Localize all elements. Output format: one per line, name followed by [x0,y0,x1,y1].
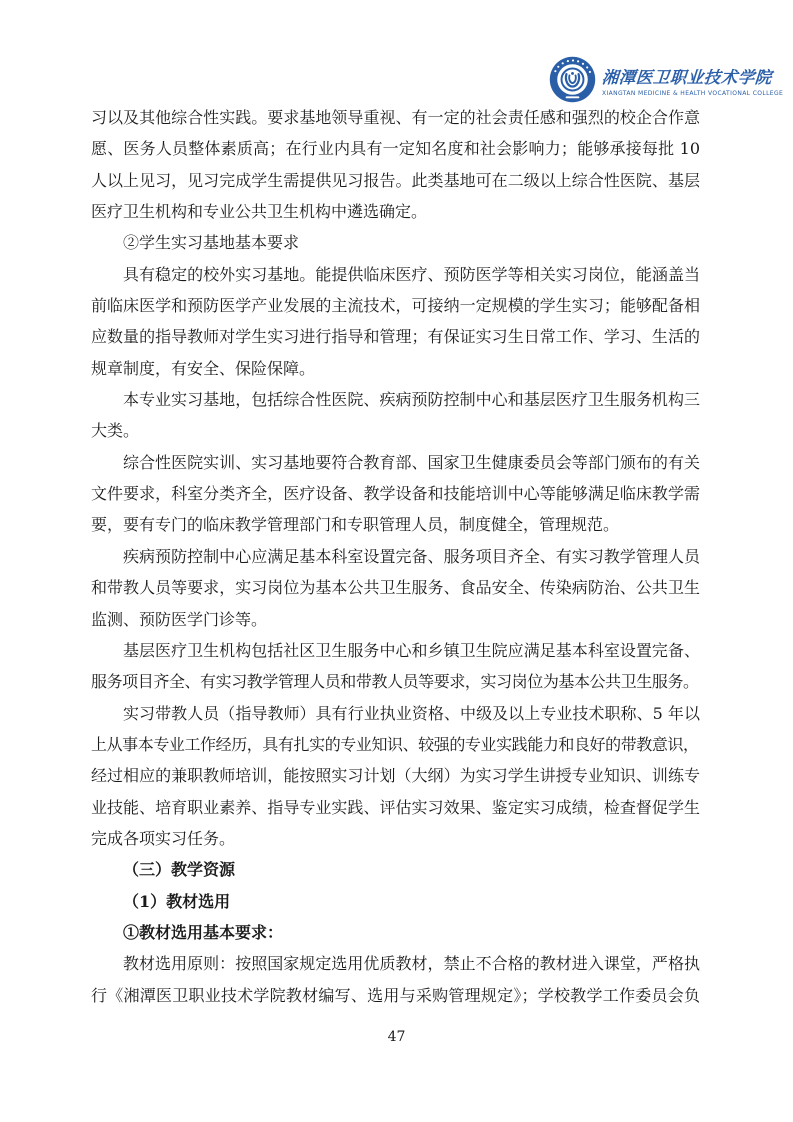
text-line: 大类。 [91,415,700,446]
heading-line: （三）教学资源 [91,854,700,885]
text-line: 实习带教人员（指导教师）具有行业执业资格、中级及以上专业技术职称、5 年以 [91,698,700,729]
text-line: 业技能、培育职业素养、指导专业实践、评估实习效果、鉴定实习成绩，检查督促学生 [91,792,700,823]
text-line: 愿、医务人员整体素质高；在行业内具有一定知名度和社会影响力；能够承接每批 10 [91,133,700,164]
text-line: 经过相应的兼职教师培训，能按照实习计划（大纲）为实习学生讲授专业知识、训练专 [91,760,700,791]
text-line: 行《湘潭医卫职业技术学院教材编写、选用与采购管理规定》；学校教学工作委员会负 [91,980,700,1011]
text-line: 监测、预防医学门诊等。 [91,604,700,635]
college-name-en: XIANGTAN MEDICINE & HEALTH VOCATIONAL CO… [602,90,783,97]
text-line: 应数量的指导教师对学生实习进行指导和管理；有保证实习生日常工作、学习、生活的 [91,321,700,352]
text-line: ②学生实习基地基本要求 [91,227,700,258]
college-name-zh: 湘潭医卫职业技术学院 [601,64,784,88]
text-line: 综合性医院实训、实习基地要符合教育部、国家卫生健康委员会等部门颁布的有关 [91,447,700,478]
text-line: 完成各项实习任务。 [91,823,700,854]
text-line: 医疗卫生机构和专业公共卫生机构中遴选确定。 [91,196,700,227]
heading-line: ①教材选用基本要求： [91,917,700,948]
heading-line: （1）教材选用 [91,886,700,917]
text-line: 规章制度，有安全、保险保障。 [91,353,700,384]
college-brand: 湘潭医卫职业技术学院 XIANGTAN MEDICINE & HEALTH VO… [602,56,783,97]
text-line: 服务项目齐全、有实习教学管理人员和带教人员等要求，实习岗位为基本公共卫生服务。 [91,666,700,697]
text-line: 文件要求，科室分类齐全，医疗设备、教学设备和技能培训中心等能够满足临床教学需 [91,478,700,509]
document-body: 习以及其他综合性实践。要求基地领导重视、有一定的社会责任感和强烈的校企合作意愿、… [91,102,700,1011]
page-footer: 47 [0,1026,793,1045]
text-line: 习以及其他综合性实践。要求基地领导重视、有一定的社会责任感和强烈的校企合作意 [91,102,700,133]
document-page: 湘潭医卫职业技术学院 XIANGTAN MEDICINE & HEALTH VO… [0,0,793,1122]
page-header: 湘潭医卫职业技术学院 XIANGTAN MEDICINE & HEALTH VO… [549,56,783,103]
text-line: 疾病预防控制中心应满足基本科室设置完备、服务项目齐全、有实习教学管理人员 [91,541,700,572]
text-line: 人以上见习，见习完成学生需提供见习报告。此类基地可在二级以上综合性医院、基层 [91,165,700,196]
college-seal-icon [549,56,596,103]
page-number: 47 [388,1029,406,1045]
text-line: 基层医疗卫生机构包括社区卫生服务中心和乡镇卫生院应满足基本科室设置完备、 [91,635,700,666]
text-line: 本专业实习基地，包括综合性医院、疾病预防控制中心和基层医疗卫生服务机构三 [91,384,700,415]
text-line: 前临床医学和预防医学产业发展的主流技术，可接纳一定规模的学生实习；能够配备相 [91,290,700,321]
text-line: 和带教人员等要求，实习岗位为基本公共卫生服务、食品安全、传染病防治、公共卫生 [91,572,700,603]
text-line: 教材选用原则：按照国家规定选用优质教材，禁止不合格的教材进入课堂，严格执 [91,948,700,979]
text-line: 具有稳定的校外实习基地。能提供临床医疗、预防医学等相关实习岗位，能涵盖当 [91,259,700,290]
text-line: 上从事本专业工作经历，具有扎实的专业知识、较强的专业实践能力和良好的带教意识， [91,729,700,760]
text-line: 要，要有专门的临床教学管理部门和专职管理人员，制度健全，管理规范。 [91,509,700,540]
